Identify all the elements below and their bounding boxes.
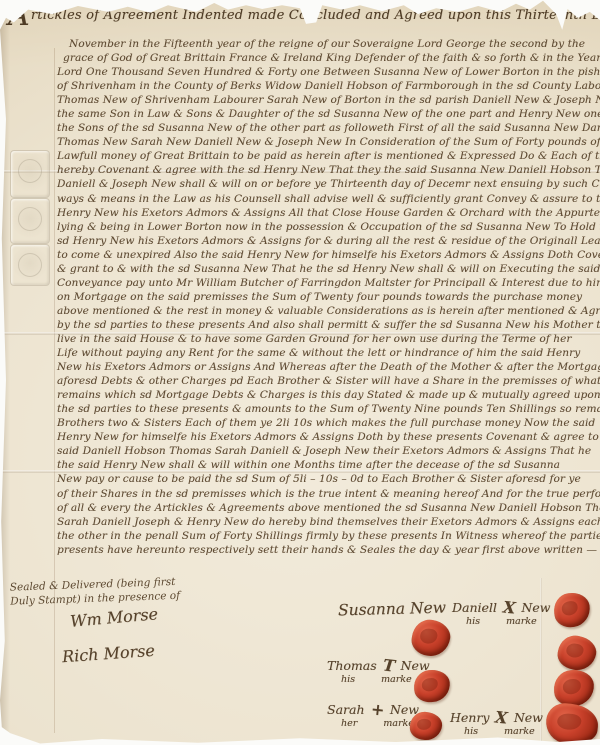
manuscript-line: ways & means in the Law as his Counsell …	[57, 192, 597, 206]
manuscript-line: hereby Covenant & agree with the sd Henr…	[57, 163, 597, 177]
manuscript-line: New his Exetors Admors or Assigns And Wh…	[57, 360, 597, 374]
manuscript-line: Lord One Thousand Seven Hundred & Forty …	[57, 65, 597, 79]
manuscript-line: said Daniell Hobson Thomas Sarah Daniell…	[57, 444, 597, 458]
manuscript-line: the same Son in Law & Sons & Daughter of…	[57, 107, 597, 121]
witness-signature: Wm Morse	[69, 604, 158, 631]
mark-word: marke	[381, 674, 412, 685]
manuscript-line: presents have hereunto respectively sett…	[57, 543, 597, 557]
wax-seal	[409, 711, 443, 741]
wax-seal	[410, 618, 453, 659]
document-title-line: Artickles of Agreement Indented made Con…	[8, 6, 596, 26]
manuscript-paper: Artickles of Agreement Indented made Con…	[0, 0, 600, 745]
signature-daniell-new: Daniell X New his marke	[452, 598, 550, 627]
manuscript-line: grace of God of Great Brittain France & …	[57, 51, 597, 65]
paper-left-edge-shadow	[0, 0, 10, 745]
mark-word: marke	[504, 726, 535, 737]
manuscript-line: aforesd Debts & other Charges pd Each Br…	[57, 374, 597, 388]
signature-henry-new: Henry X New his marke	[450, 708, 543, 737]
signer-first-name: Henry	[450, 710, 489, 725]
manuscript-line: New pay or cause to be paid the sd Sum o…	[57, 472, 597, 486]
mark-word: marke	[506, 616, 537, 627]
margin-rule-line	[54, 48, 55, 733]
signer-first-name: Daniell	[452, 600, 497, 615]
wax-seal	[555, 633, 598, 673]
manuscript-line: the sd parties to these presents & amoun…	[57, 402, 597, 416]
manuscript-line: Brothers two & Sisters Each of them ye 2…	[57, 416, 597, 430]
witness-signature: Rich Morse	[61, 641, 155, 666]
embossed-duty-stamp	[10, 150, 50, 198]
manuscript-line: November in the Fifteenth year of the re…	[57, 37, 597, 51]
manuscript-line: Henry New his Exetors Admors & Assigns A…	[57, 206, 597, 220]
manuscript-line: of Shrivenham in the County of Berks Wid…	[57, 79, 597, 93]
mark-possessive: his	[341, 674, 355, 685]
manuscript-line: live in the said House & to have some Ga…	[57, 332, 597, 346]
decorated-initial: A	[8, 0, 30, 33]
wax-seal	[544, 701, 600, 745]
signature-mark: X	[494, 707, 508, 727]
signer-surname: New	[514, 710, 543, 725]
manuscript-line: Daniell & Joseph New shall & will on or …	[57, 177, 597, 191]
wax-seal	[412, 668, 451, 704]
mark-possessive: her	[341, 718, 357, 729]
signature-mark: X	[502, 597, 516, 617]
signature-sarah-new: Sarah + New her marke	[327, 700, 419, 729]
manuscript-line: Lawfull money of Great Brittain to be pa…	[57, 149, 597, 163]
signature-mark: T	[382, 655, 396, 675]
signer-first-name: Thomas	[327, 658, 377, 673]
signature-mark: +	[370, 699, 385, 719]
embossed-duty-stamp	[10, 198, 50, 244]
manuscript-line: of all & every the Artickles & Agreement…	[57, 501, 597, 515]
wax-seal	[553, 669, 595, 708]
manuscript-line: above mentioned & the rest in money & va…	[57, 304, 597, 318]
manuscript-line: the said Henry New shall & will within o…	[57, 458, 597, 472]
mark-possessive: his	[466, 616, 480, 627]
manuscript-line: & grant to & with the sd Susanna New Tha…	[57, 262, 597, 276]
manuscript-line: Conveyance pay unto Mr William Butcher o…	[57, 276, 597, 290]
manuscript-line: the Sons of the sd Susanna New of the ot…	[57, 121, 597, 135]
manuscript-line: lying & being in Lower Borton now in the…	[57, 220, 597, 234]
manuscript-line: the other in the penall Sum of Forty Shi…	[57, 529, 597, 543]
signer-first-name: Sarah	[327, 702, 365, 717]
manuscript-line: sd Henry New his Exetors Admors & Assign…	[57, 234, 597, 248]
embossed-duty-stamp	[10, 244, 50, 286]
manuscript-line: remains which sd Mortgage Debts & Charge…	[57, 388, 597, 402]
manuscript-line: Thomas New of Shrivenham Labourer Sarah …	[57, 93, 597, 107]
manuscript-line: Life without paying any Rent for the sam…	[57, 346, 597, 360]
manuscript-line: Sarah Daniell Joseph & Henry New do here…	[57, 515, 597, 529]
manuscript-line: on Mortgage on the said premisses the Su…	[57, 290, 597, 304]
manuscript-line: to come & unexpired Also the said Henry …	[57, 248, 597, 262]
signer-surname: New	[521, 600, 550, 615]
photo-background: Artickles of Agreement Indented made Con…	[0, 0, 600, 745]
document-body-text: November in the Fifteenth year of the re…	[57, 37, 597, 557]
mark-possessive: his	[464, 726, 478, 737]
manuscript-line: Henry New for himselfe his Exetors Admor…	[57, 430, 597, 444]
manuscript-line: of their Shares in the sd premisses whic…	[57, 487, 597, 501]
signature-susanna-new: Susanna New	[338, 599, 446, 620]
title-text: rtickles of Agreement Indented made Conc…	[31, 8, 600, 23]
attestation-block: Sealed & Delivered (being first Duly Sta…	[10, 573, 221, 608]
manuscript-line: by the sd parties to these presents And …	[57, 318, 597, 332]
manuscript-line: Thomas New Sarah New Daniell New & Josep…	[57, 135, 597, 149]
wax-seal	[552, 591, 592, 630]
